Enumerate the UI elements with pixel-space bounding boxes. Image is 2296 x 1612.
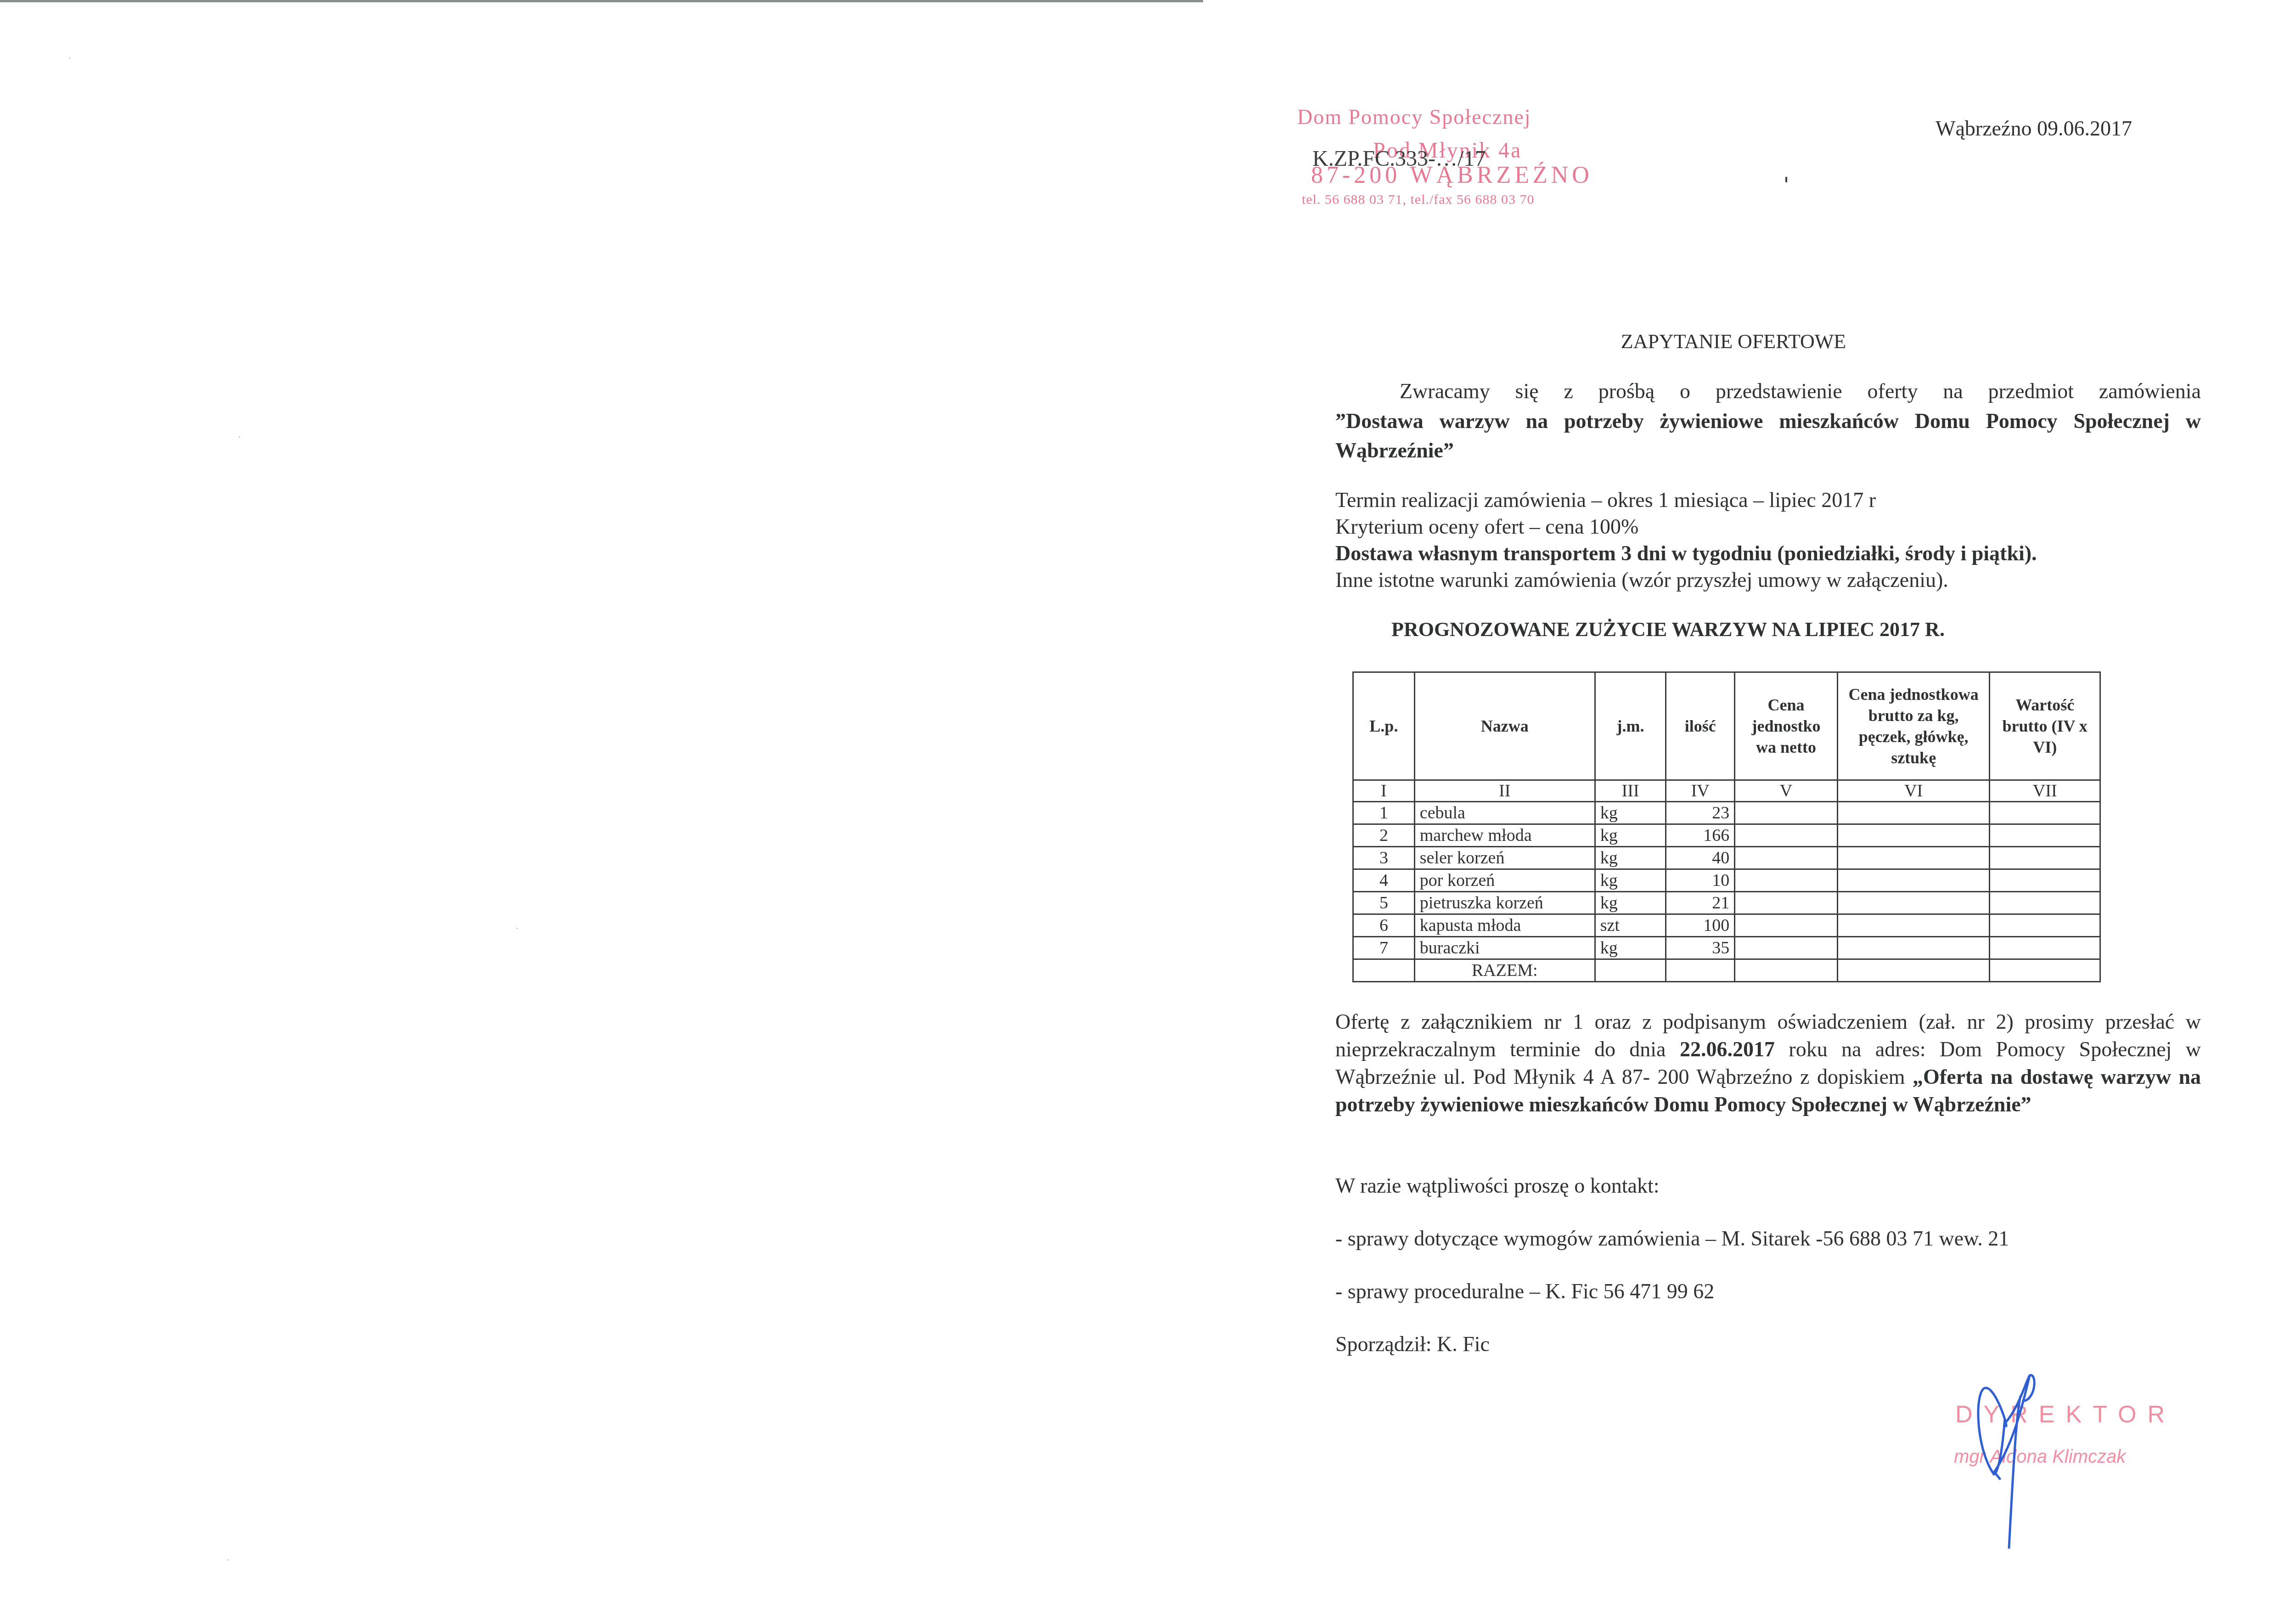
gross-value-cell xyxy=(1990,824,2100,847)
document-title: ZAPYTANIE OFERTOWE xyxy=(1446,330,2020,353)
net-price-cell xyxy=(1735,892,1838,914)
offer-deadline: 22.06.2017 xyxy=(1680,1037,1775,1061)
offer-instructions: Ofertę z załącznikiem nr 1 oraz z podpis… xyxy=(1335,1008,2201,1118)
scan-speck xyxy=(227,1559,229,1561)
price-table: L.p. Nazwa j.m. ilość Cena jednostko wa … xyxy=(1352,671,2101,982)
row-number: 7 xyxy=(1353,937,1415,959)
table-row: 2marchew młodakg166 xyxy=(1353,824,2100,847)
scan-speck xyxy=(239,436,240,438)
contact-procedural: - sprawy proceduralne – K. Fic 56 471 99… xyxy=(1335,1279,1714,1303)
total-empty-cell xyxy=(1666,959,1735,982)
gross-price-cell xyxy=(1837,869,1989,892)
roman-numeral: I xyxy=(1353,780,1415,802)
net-price-cell xyxy=(1735,824,1838,847)
item-name: pietruszka korzeń xyxy=(1414,892,1595,914)
col-header-qty: ilość xyxy=(1666,672,1735,780)
stamp-line-1: Dom Pomocy Społecznej xyxy=(1297,105,1531,129)
roman-numeral: III xyxy=(1595,780,1666,802)
term-delivery: Dostawa własnym transportem 3 dni w tygo… xyxy=(1335,540,2201,567)
gross-price-cell xyxy=(1837,802,1989,824)
row-number: 4 xyxy=(1353,869,1415,892)
total-empty-cell xyxy=(1735,959,1838,982)
total-empty-cell xyxy=(1353,959,1415,982)
gross-value-cell xyxy=(1990,847,2100,869)
roman-numeral: VI xyxy=(1837,780,1989,802)
gross-price-cell xyxy=(1837,824,1989,847)
item-quantity: 23 xyxy=(1666,802,1735,824)
table-row: 3seler korzeńkg40 xyxy=(1353,847,2100,869)
table-total-row: RAZEM: xyxy=(1353,959,2100,982)
item-quantity: 100 xyxy=(1666,914,1735,937)
terms-list: Termin realizacji zamówienia – okres 1 m… xyxy=(1335,487,2201,593)
net-price-cell xyxy=(1735,847,1838,869)
item-unit: kg xyxy=(1595,869,1666,892)
item-name: buraczki xyxy=(1414,937,1595,959)
gross-price-cell xyxy=(1837,914,1989,937)
order-subject: ”Dostawa warzyw na potrzeby żywieniowe m… xyxy=(1335,406,2201,465)
reference-number: K.ZP.FC.333-…/17 xyxy=(1312,146,1486,171)
item-name: cebula xyxy=(1414,802,1595,824)
intro-sentence: Zwracamy się z prośbą o przedstawienie o… xyxy=(1400,379,2201,403)
place-date: Wąbrzeźno 09.06.2017 xyxy=(1936,116,2132,141)
item-name: seler korzeń xyxy=(1414,847,1595,869)
contact-intro: W razie wątpliwości proszę o kontakt: xyxy=(1335,1173,1660,1198)
total-empty-cell xyxy=(1837,959,1989,982)
roman-numeral: IV xyxy=(1666,780,1735,802)
item-unit: kg xyxy=(1595,937,1666,959)
table-roman-row: I II III IV V VI VII xyxy=(1353,780,2100,802)
col-header-gross-value: Wartość brutto (IV x VI) xyxy=(1990,672,2100,780)
col-header-net-price: Cena jednostko wa netto xyxy=(1735,672,1838,780)
col-header-unit: j.m. xyxy=(1595,672,1666,780)
gross-value-cell xyxy=(1990,892,2100,914)
col-header-gross-price: Cena jednostkowa brutto za kg, pęczek, g… xyxy=(1837,672,1989,780)
item-quantity: 35 xyxy=(1666,937,1735,959)
row-number: 3 xyxy=(1353,847,1415,869)
scan-edge xyxy=(0,0,1203,2)
scan-speck xyxy=(69,57,70,59)
gross-price-cell xyxy=(1837,937,1989,959)
table-row: 6kapusta młodaszt100 xyxy=(1353,914,2100,937)
net-price-cell xyxy=(1735,869,1838,892)
contact-requirements: - sprawy dotyczące wymogów zamówienia – … xyxy=(1335,1226,2009,1251)
item-quantity: 21 xyxy=(1666,892,1735,914)
total-empty-cell xyxy=(1990,959,2100,982)
table-header-row: L.p. Nazwa j.m. ilość Cena jednostko wa … xyxy=(1353,672,2100,780)
gross-value-cell xyxy=(1990,937,2100,959)
row-number: 5 xyxy=(1353,892,1415,914)
roman-numeral: VII xyxy=(1990,780,2100,802)
table-row: 1cebulakg23 xyxy=(1353,802,2100,824)
item-unit: kg xyxy=(1595,802,1666,824)
total-label: RAZEM: xyxy=(1414,959,1595,982)
item-unit: kg xyxy=(1595,824,1666,847)
term-criterion: Kryterium oceny ofert – cena 100% xyxy=(1335,513,2201,540)
col-header-name: Nazwa xyxy=(1414,672,1595,780)
item-unit: kg xyxy=(1595,892,1666,914)
roman-numeral: II xyxy=(1414,780,1595,802)
net-price-cell xyxy=(1735,802,1838,824)
gross-value-cell xyxy=(1990,914,2100,937)
table-row: 4por korzeńkg10 xyxy=(1353,869,2100,892)
item-quantity: 40 xyxy=(1666,847,1735,869)
gross-price-cell xyxy=(1837,892,1989,914)
item-quantity: 10 xyxy=(1666,869,1735,892)
stamp-line-4: tel. 56 688 03 71, tel./fax 56 688 03 70 xyxy=(1302,192,1535,208)
scan-mark xyxy=(1785,177,1787,182)
gross-value-cell xyxy=(1990,869,2100,892)
intro-text: Zwracamy się z prośbą o przedstawienie o… xyxy=(1335,377,2201,406)
item-unit: szt xyxy=(1595,914,1666,937)
item-name: por korzeń xyxy=(1414,869,1595,892)
term-other: Inne istotne warunki zamówienia (wzór pr… xyxy=(1335,567,2201,593)
item-unit: kg xyxy=(1595,847,1666,869)
scan-speck xyxy=(517,928,518,929)
table-row: 7buraczkikg35 xyxy=(1353,937,2100,959)
item-name: kapusta młoda xyxy=(1414,914,1595,937)
prepared-by: Sporządził: K. Fic xyxy=(1335,1332,1490,1356)
col-header-lp: L.p. xyxy=(1353,672,1415,780)
item-name: marchew młoda xyxy=(1414,824,1595,847)
table-row: 5pietruszka korzeńkg21 xyxy=(1353,892,2100,914)
row-number: 6 xyxy=(1353,914,1415,937)
item-quantity: 166 xyxy=(1666,824,1735,847)
row-number: 1 xyxy=(1353,802,1415,824)
gross-price-cell xyxy=(1837,847,1989,869)
gross-value-cell xyxy=(1990,802,2100,824)
handwritten-signature-icon xyxy=(1906,1359,2099,1571)
net-price-cell xyxy=(1735,914,1838,937)
term-deadline: Termin realizacji zamówienia – okres 1 m… xyxy=(1335,487,2201,513)
total-empty-cell xyxy=(1595,959,1666,982)
forecast-title: PROGNOZOWANE ZUŻYCIE WARZYW NA LIPIEC 20… xyxy=(1391,618,2034,641)
roman-numeral: V xyxy=(1735,780,1838,802)
net-price-cell xyxy=(1735,937,1838,959)
row-number: 2 xyxy=(1353,824,1415,847)
